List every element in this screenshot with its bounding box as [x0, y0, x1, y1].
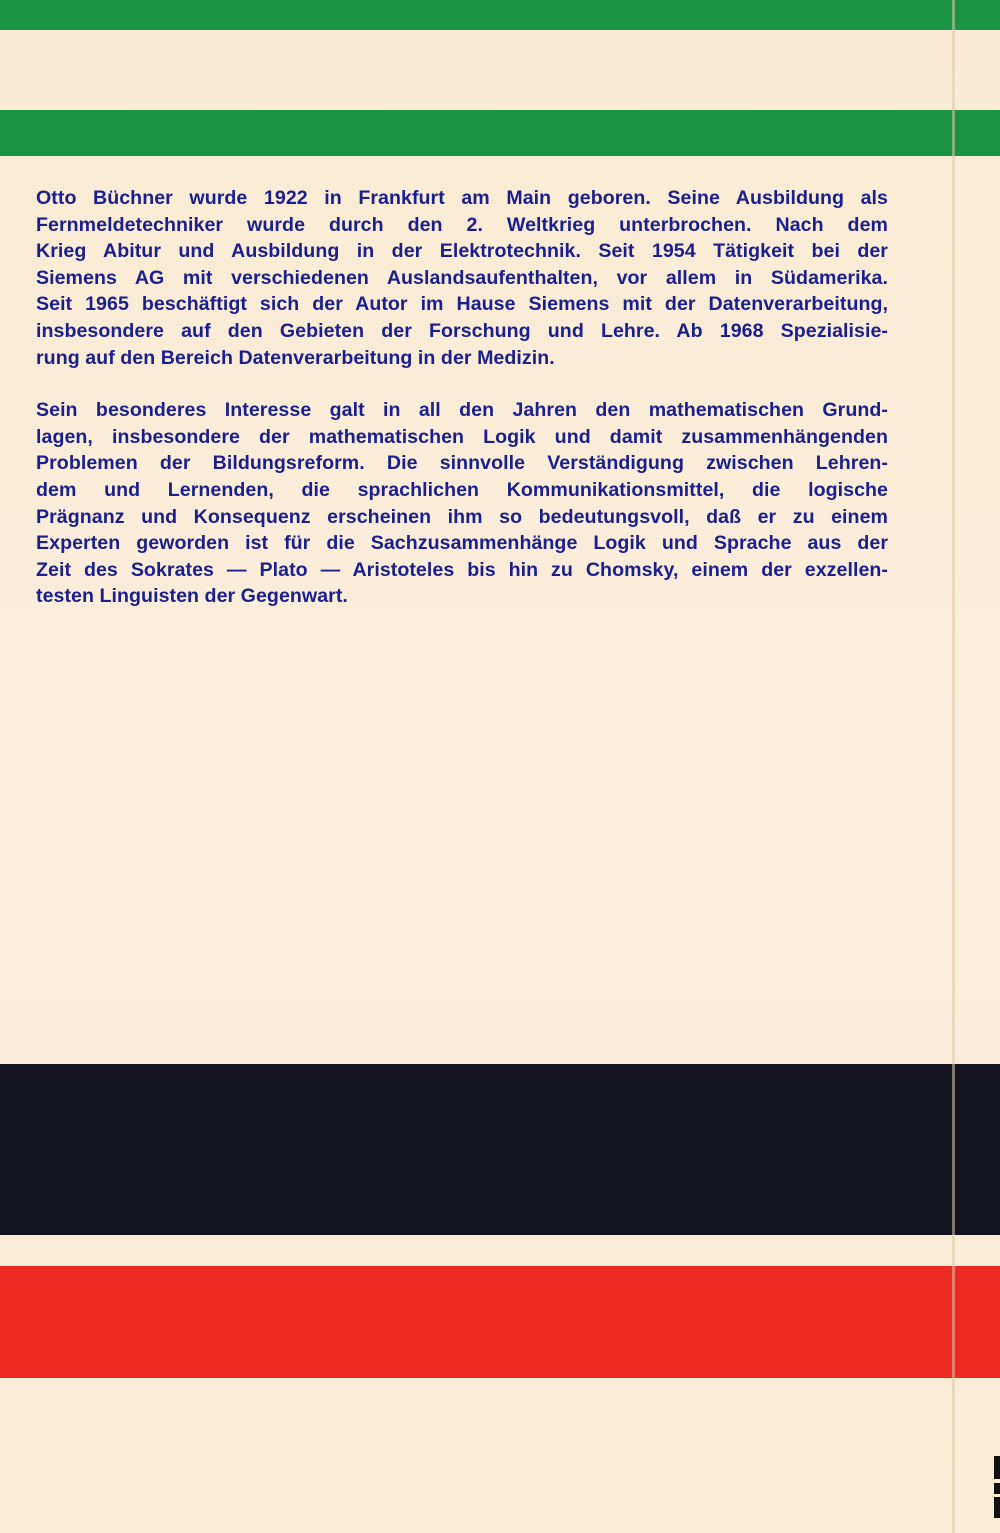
bio-paragraph-1: Otto Büchner wurde 1922 in Frankfurt am … — [36, 185, 888, 371]
bio-line: Fernmeldetechniker wurde durch den 2. We… — [36, 212, 888, 239]
red-stripe — [0, 1266, 1000, 1378]
author-biography: Otto Büchner wurde 1922 in Frankfurt am … — [36, 185, 888, 610]
bio-line: Seit 1965 beschäftigt sich der Autor im … — [36, 291, 888, 318]
bio-line: Otto Büchner wurde 1922 in Frankfurt am … — [36, 185, 888, 212]
bio-paragraph-2: Sein besonderes Interesse galt in all de… — [36, 397, 888, 610]
book-back-cover: Otto Büchner wurde 1922 in Frankfurt am … — [0, 0, 1000, 1533]
bio-line: Siemens AG mit verschiedenen Auslandsauf… — [36, 265, 888, 292]
bio-line: Zeit des Sokrates — Plato — Aristoteles … — [36, 557, 888, 584]
bio-line: dem und Lernenden, die sprachlichen Komm… — [36, 477, 888, 504]
bio-line: rung auf den Bereich Datenverarbeitung i… — [36, 345, 888, 372]
print-registration-mark — [994, 1456, 1000, 1479]
bio-line: Krieg Abitur und Ausbildung in der Elekt… — [36, 238, 888, 265]
bio-line: Prägnanz und Konsequenz erscheinen ihm s… — [36, 504, 888, 531]
bio-line: testen Linguisten der Gegenwart. — [36, 583, 888, 610]
bio-line: lagen, insbesondere der mathematischen L… — [36, 424, 888, 451]
bio-line: Sein besonderes Interesse galt in all de… — [36, 397, 888, 424]
green-stripe-middle — [0, 110, 1000, 156]
print-registration-mark — [994, 1483, 1000, 1494]
green-stripe-top — [0, 0, 1000, 30]
bio-line: insbesondere auf den Gebieten der Forsch… — [36, 318, 888, 345]
bio-line: Experten geworden ist für die Sachzusamm… — [36, 530, 888, 557]
black-stripe — [0, 1064, 1000, 1235]
bio-line: Problemen der Bildungsreform. Die sinnvo… — [36, 450, 888, 477]
print-registration-mark — [994, 1497, 1000, 1518]
spine-fold-line — [952, 0, 955, 1533]
